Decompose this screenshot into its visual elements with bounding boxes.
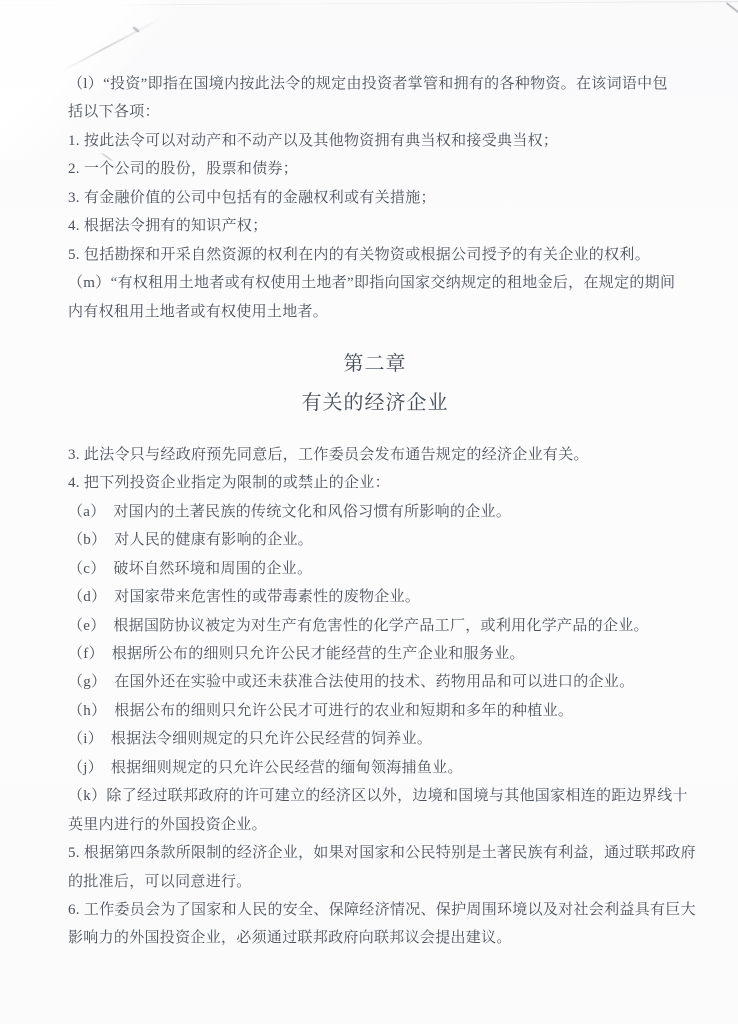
- text-line: 括以下各项：: [68, 98, 682, 126]
- text-line: （h） 根据公布的细则只允许公民才可进行的农业和短期和多年的种植业。: [68, 697, 682, 725]
- text-line: （l）“投资”即指在国境内按此法令的规定由投资者掌管和拥有的各种物资。在该词语中…: [68, 70, 682, 98]
- text-line: 的批准后，可以同意进行。: [68, 868, 682, 896]
- text-line: （m）“有权租用土地者或有权使用土地者”即指向国家交纳规定的租地金后，在规定的期…: [68, 269, 682, 297]
- text-line: （c） 破坏自然环境和周围的企业。: [68, 555, 682, 583]
- text-line: 3. 此法令只与经政府预先同意后，工作委员会发布通告规定的经济企业有关。: [68, 441, 682, 469]
- corner-tick-artifact: [726, 2, 738, 13]
- definitions-paragraphs: （l）“投资”即指在国境内按此法令的规定由投资者掌管和拥有的各种物资。在该词语中…: [68, 70, 682, 326]
- text-line: 3. 有金融价值的公司中包括有的金融权利或有关措施；: [68, 184, 682, 212]
- text-line: （j） 根据细则规定的只允许公民经营的缅甸领海捕鱼业。: [68, 754, 682, 782]
- text-line: 2. 一个公司的股份，股票和债券；: [68, 155, 682, 183]
- text-line: （f） 根据所公布的细则只允许公民才能经营的生产企业和服务业。: [68, 640, 682, 668]
- text-line: （g） 在国外还在实验中或还未获准合法使用的技术、药物用品和可以进口的企业。: [68, 668, 682, 696]
- text-line: 英里内进行的外国投资企业。: [68, 811, 682, 839]
- text-line: （d） 对国家带来危害性的或带毒素性的废物企业。: [68, 583, 682, 611]
- enterprises-paragraphs: 3. 此法令只与经政府预先同意后，工作委员会发布通告规定的经济企业有关。4. 把…: [68, 441, 682, 953]
- scanned-document-page: （l）“投资”即指在国境内按此法令的规定由投资者掌管和拥有的各种物资。在该词语中…: [0, 0, 738, 1024]
- text-line: （i） 根据法令细则规定的只允许公民经营的饲养业。: [68, 725, 682, 753]
- text-line: （a） 对国内的土著民族的传统文化和风俗习惯有所影响的企业。: [68, 498, 682, 526]
- document-content: （l）“投资”即指在国境内按此法令的规定由投资者掌管和拥有的各种物资。在该词语中…: [68, 0, 682, 953]
- text-line: （k）除了经过联邦政府的许可建立的经济区以外，边境和国境与其他国家相连的距边界线…: [68, 782, 682, 810]
- chapter-title-heading: 有关的经济企业: [68, 388, 682, 418]
- text-line: 4. 根据法令拥有的知识产权；: [68, 212, 682, 240]
- text-line: 5. 根据第四条款所限制的经济企业，如果对国家和公民特别是土著民族有利益，通过联…: [68, 839, 682, 867]
- text-line: 5. 包括勘探和开采自然资源的权利在内的有关物资或根据公司授予的有关企业的权利。: [68, 241, 682, 269]
- text-line: 内有权租用土地者或有权使用土地者。: [68, 298, 682, 326]
- text-line: 1. 按此法令可以对动产和不动产以及其他物资拥有典当权和接受典当权；: [68, 127, 682, 155]
- text-line: 4. 把下列投资企业指定为限制的或禁止的企业：: [68, 469, 682, 497]
- text-line: （b） 对人民的健康有影响的企业。: [68, 526, 682, 554]
- text-line: 6. 工作委员会为了国家和人民的安全、保障经济情况、保护周围环境以及对社会利益具…: [68, 896, 682, 924]
- chapter-number-heading: 第二章: [68, 349, 682, 379]
- text-line: （e） 根据国防协议被定为对生产有危害性的化学产品工厂，或利用化学产品的企业。: [68, 612, 682, 640]
- text-line: 影响力的外国投资企业，必须通过联邦政府向联邦议会提出建议。: [68, 924, 682, 952]
